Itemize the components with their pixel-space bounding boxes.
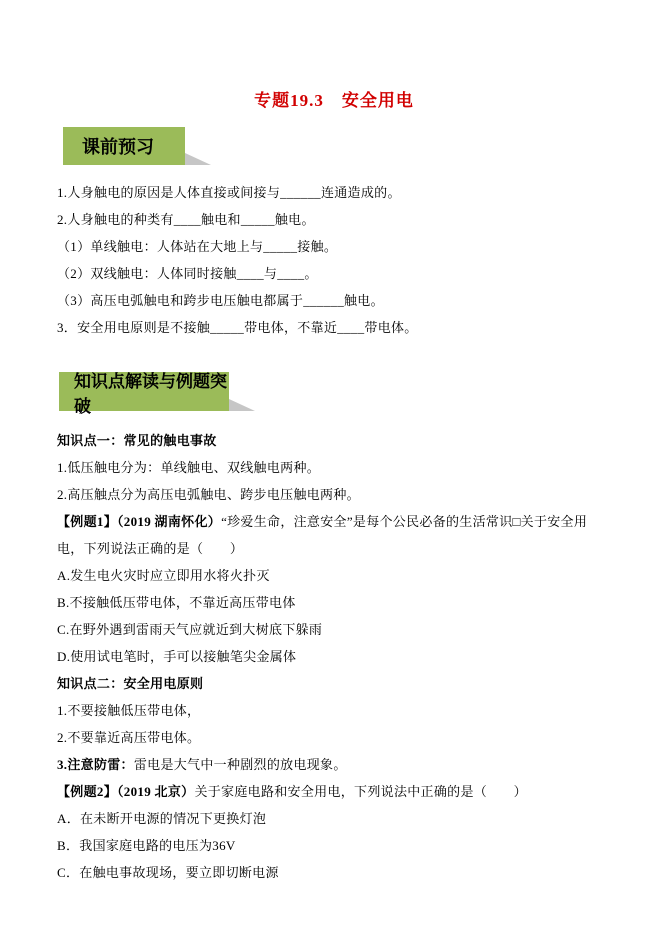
example-1-statement: 【例题1】（2019 湖南怀化）“珍爱生命，注意安全”是每个公民必备的生活常识□… [57, 508, 611, 562]
preview-line: 1.人身触电的原因是人体直接或间接与______连通造成的。 [57, 179, 611, 206]
preview-line: （1）单线触电：人体站在大地上与_____接触。 [57, 233, 611, 260]
section-banner-preview-label: 课前预习 [82, 133, 154, 159]
example-1-option-c: C.在野外遇到雷雨天气应就近到大树底下躲雨 [57, 616, 611, 643]
knowledge-section: 知识点一：常见的触电事故 1.低压触电分为：单线触电、双线触电两种。 2.高压触… [57, 427, 611, 886]
example-1-option-b: B.不接触低压带电体，不靠近高压带电体 [57, 589, 611, 616]
preview-section: 1.人身触电的原因是人体直接或间接与______连通造成的。 2.人身触电的种类… [57, 179, 611, 341]
example-2-option-c: C．在触电事故现场，要立即切断电源 [57, 859, 611, 886]
knowledge-point-1-line: 1.低压触电分为：单线触电、双线触电两种。 [57, 454, 611, 481]
section-banner-preview: 课前预习 [63, 127, 185, 165]
example-1-option-d: D.使用试电笔时，手可以接触笔尖金属体 [57, 643, 611, 670]
lightning-note-label: 3.注意防雷： [57, 757, 134, 772]
example-2-option-a: A．在未断开电源的情况下更换灯泡 [57, 805, 611, 832]
document-content: 专题19.3 安全用电 课前预习 1.人身触电的原因是人体直接或间接与_____… [0, 86, 661, 886]
knowledge-point-1-heading: 知识点一：常见的触电事故 [57, 427, 611, 454]
preview-line: 3．安全用电原则是不接触_____带电体，不靠近____带电体。 [57, 314, 611, 341]
preview-line: （3）高压电弧触电和跨步电压触电都属于______触电。 [57, 287, 611, 314]
section-banner-knowledge-label: 知识点解读与例题突破 [74, 367, 229, 417]
example-2-label: 【例题2】（2019 北京） [57, 784, 194, 799]
preview-line: （2）双线触电：人体同时接触____与____。 [57, 260, 611, 287]
lightning-note: 3.注意防雷：雷电是大气中一种剧烈的放电现象。 [57, 751, 611, 778]
knowledge-point-1-line: 2.高压触点分为高压电弧触电、跨步电压触电两种。 [57, 481, 611, 508]
worksheet-page: 专题19.3 安全用电 课前预习 1.人身触电的原因是人体直接或间接与_____… [0, 0, 661, 935]
example-2-option-b: B．我国家庭电路的电压为36V [57, 832, 611, 859]
knowledge-point-2-line: 1.不要接触低压带电体， [57, 697, 611, 724]
preview-line: 2.人身触电的种类有____触电和_____触电。 [57, 206, 611, 233]
banner-fold-shadow-icon [185, 153, 211, 165]
section-banner-knowledge: 知识点解读与例题突破 [59, 372, 229, 411]
banner-fold-shadow-icon [229, 399, 255, 411]
example-2-question-text: 关于家庭电路和安全用电，下列说法中正确的是（ ） [194, 784, 527, 799]
example-1-label: 【例题1】（2019 湖南怀化） [57, 514, 221, 529]
knowledge-point-2-line: 2.不要靠近高压带电体。 [57, 724, 611, 751]
example-1-option-a: A.发生电火灾时应立即用水将火扑灭 [57, 562, 611, 589]
example-2-statement: 【例题2】（2019 北京）关于家庭电路和安全用电，下列说法中正确的是（ ） [57, 778, 611, 805]
lightning-note-text: 雷电是大气中一种剧烈的放电现象。 [134, 757, 347, 772]
knowledge-point-2-heading: 知识点二：安全用电原则 [57, 670, 611, 697]
page-title: 专题19.3 安全用电 [57, 86, 611, 111]
